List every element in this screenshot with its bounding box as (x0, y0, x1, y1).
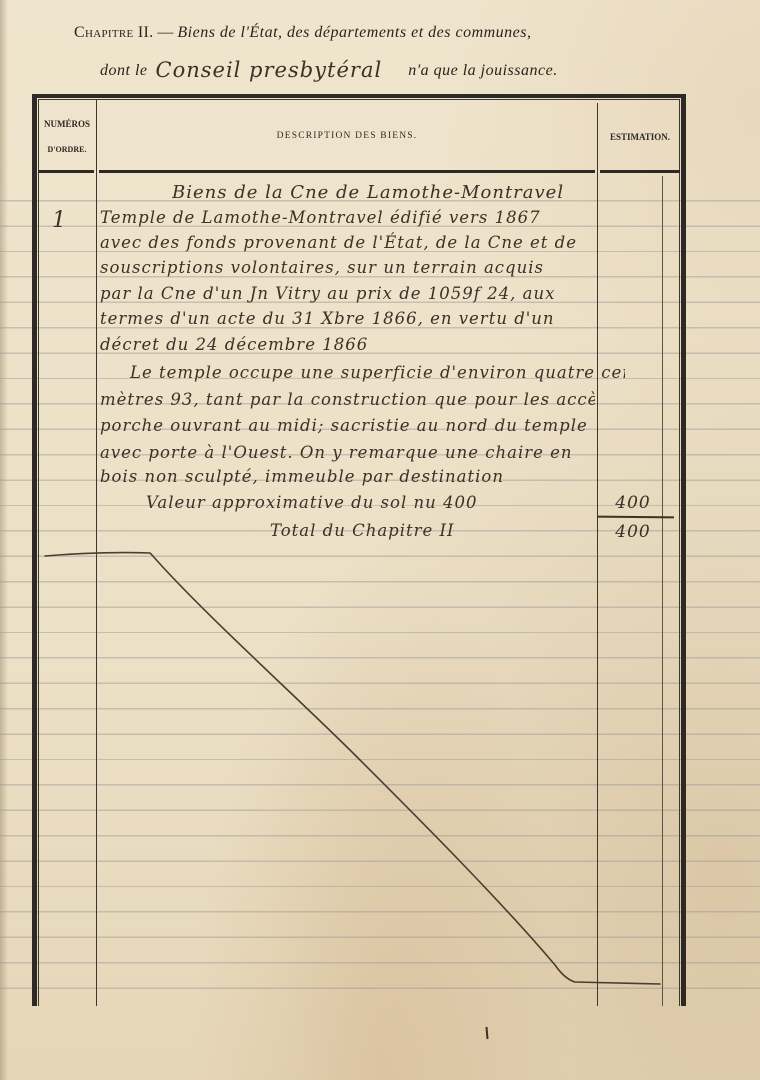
cancellation-stroke (0, 0, 760, 1080)
